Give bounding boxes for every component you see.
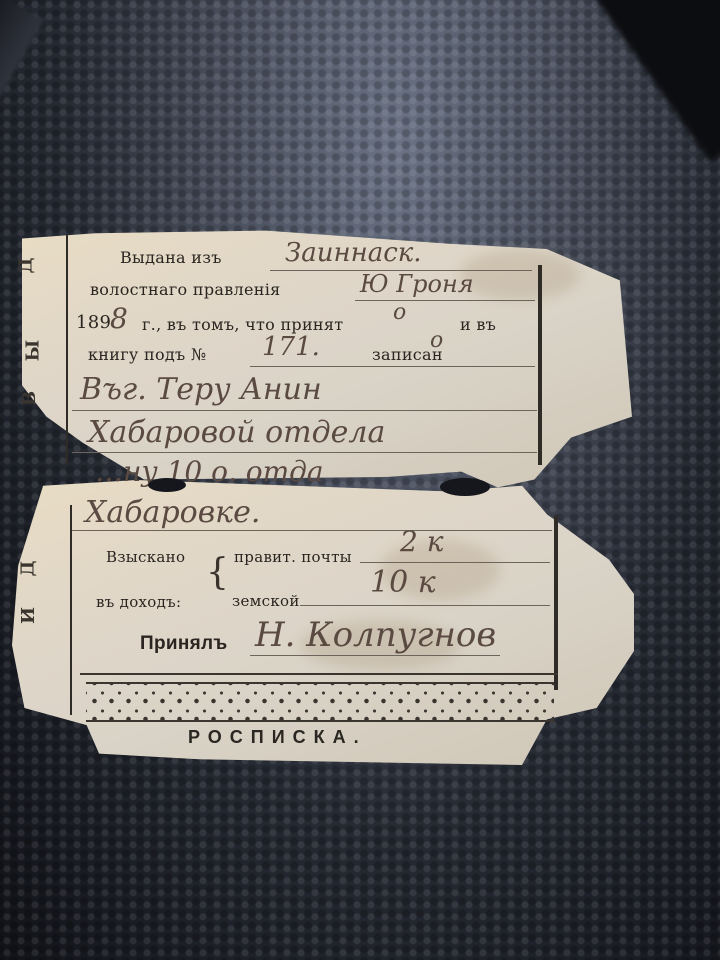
rule <box>300 605 550 606</box>
rule <box>72 452 537 453</box>
document-title: РОСПИСКА. <box>188 727 367 748</box>
tear-hole <box>148 478 186 492</box>
margin-letter: В <box>19 391 40 406</box>
handwritten-line: Хабаровой отдела <box>88 415 385 450</box>
gender-ending-handwritten: о <box>393 300 406 325</box>
rule <box>250 366 535 367</box>
district-handwritten: Заиннаск. <box>285 238 422 268</box>
margin-letter: И <box>18 607 39 624</box>
tear-hole <box>440 478 490 496</box>
zemstvo-amount-handwritten: 10 к <box>370 565 436 600</box>
margin-letter: Д <box>18 560 39 576</box>
frame-line-right <box>538 265 542 465</box>
frame-line-right <box>554 515 558 690</box>
frame-line-left <box>66 235 68 465</box>
income-label: въ доходъ: <box>96 593 181 611</box>
accepted-label: Принялъ <box>140 633 228 655</box>
gender-ending-handwritten: о <box>430 328 443 353</box>
date-handwritten: Ю Гроня <box>360 270 474 298</box>
handwritten-line: Хабаровке. <box>85 495 260 530</box>
book-number-label: книгу подъ № <box>88 345 206 364</box>
brace: { <box>206 552 229 593</box>
year-prefix: 189 <box>76 312 111 333</box>
rule <box>250 655 500 656</box>
margin-letter: Д <box>16 257 37 273</box>
rule <box>360 562 550 563</box>
signature-handwritten: Н. Колпугнов <box>255 615 496 655</box>
issued-from-label: Выдана изъ <box>120 248 222 267</box>
margin-letter: Ы <box>22 340 43 362</box>
postal-label: правит. почты <box>234 548 352 566</box>
handwritten-line: Въг. Теру Анин <box>80 372 322 407</box>
decorative-border <box>86 682 554 722</box>
collected-label: Взыскано <box>106 548 185 566</box>
postal-amount-handwritten: 2 к <box>400 525 443 558</box>
zemstvo-label: земской <box>232 592 300 610</box>
handwritten-line: …ну 10 о. отда <box>95 455 324 488</box>
book-number-handwritten: 171. <box>262 332 320 362</box>
rule <box>72 410 537 411</box>
rule <box>80 673 558 675</box>
volost-board-label: волостнаго правленія <box>90 280 281 299</box>
rule <box>355 300 535 301</box>
and-into-text: и въ <box>460 315 496 334</box>
rule <box>72 530 552 531</box>
year-digit-handwritten: 8 <box>110 302 128 335</box>
frame-line-left <box>70 505 72 715</box>
stain <box>460 250 580 300</box>
